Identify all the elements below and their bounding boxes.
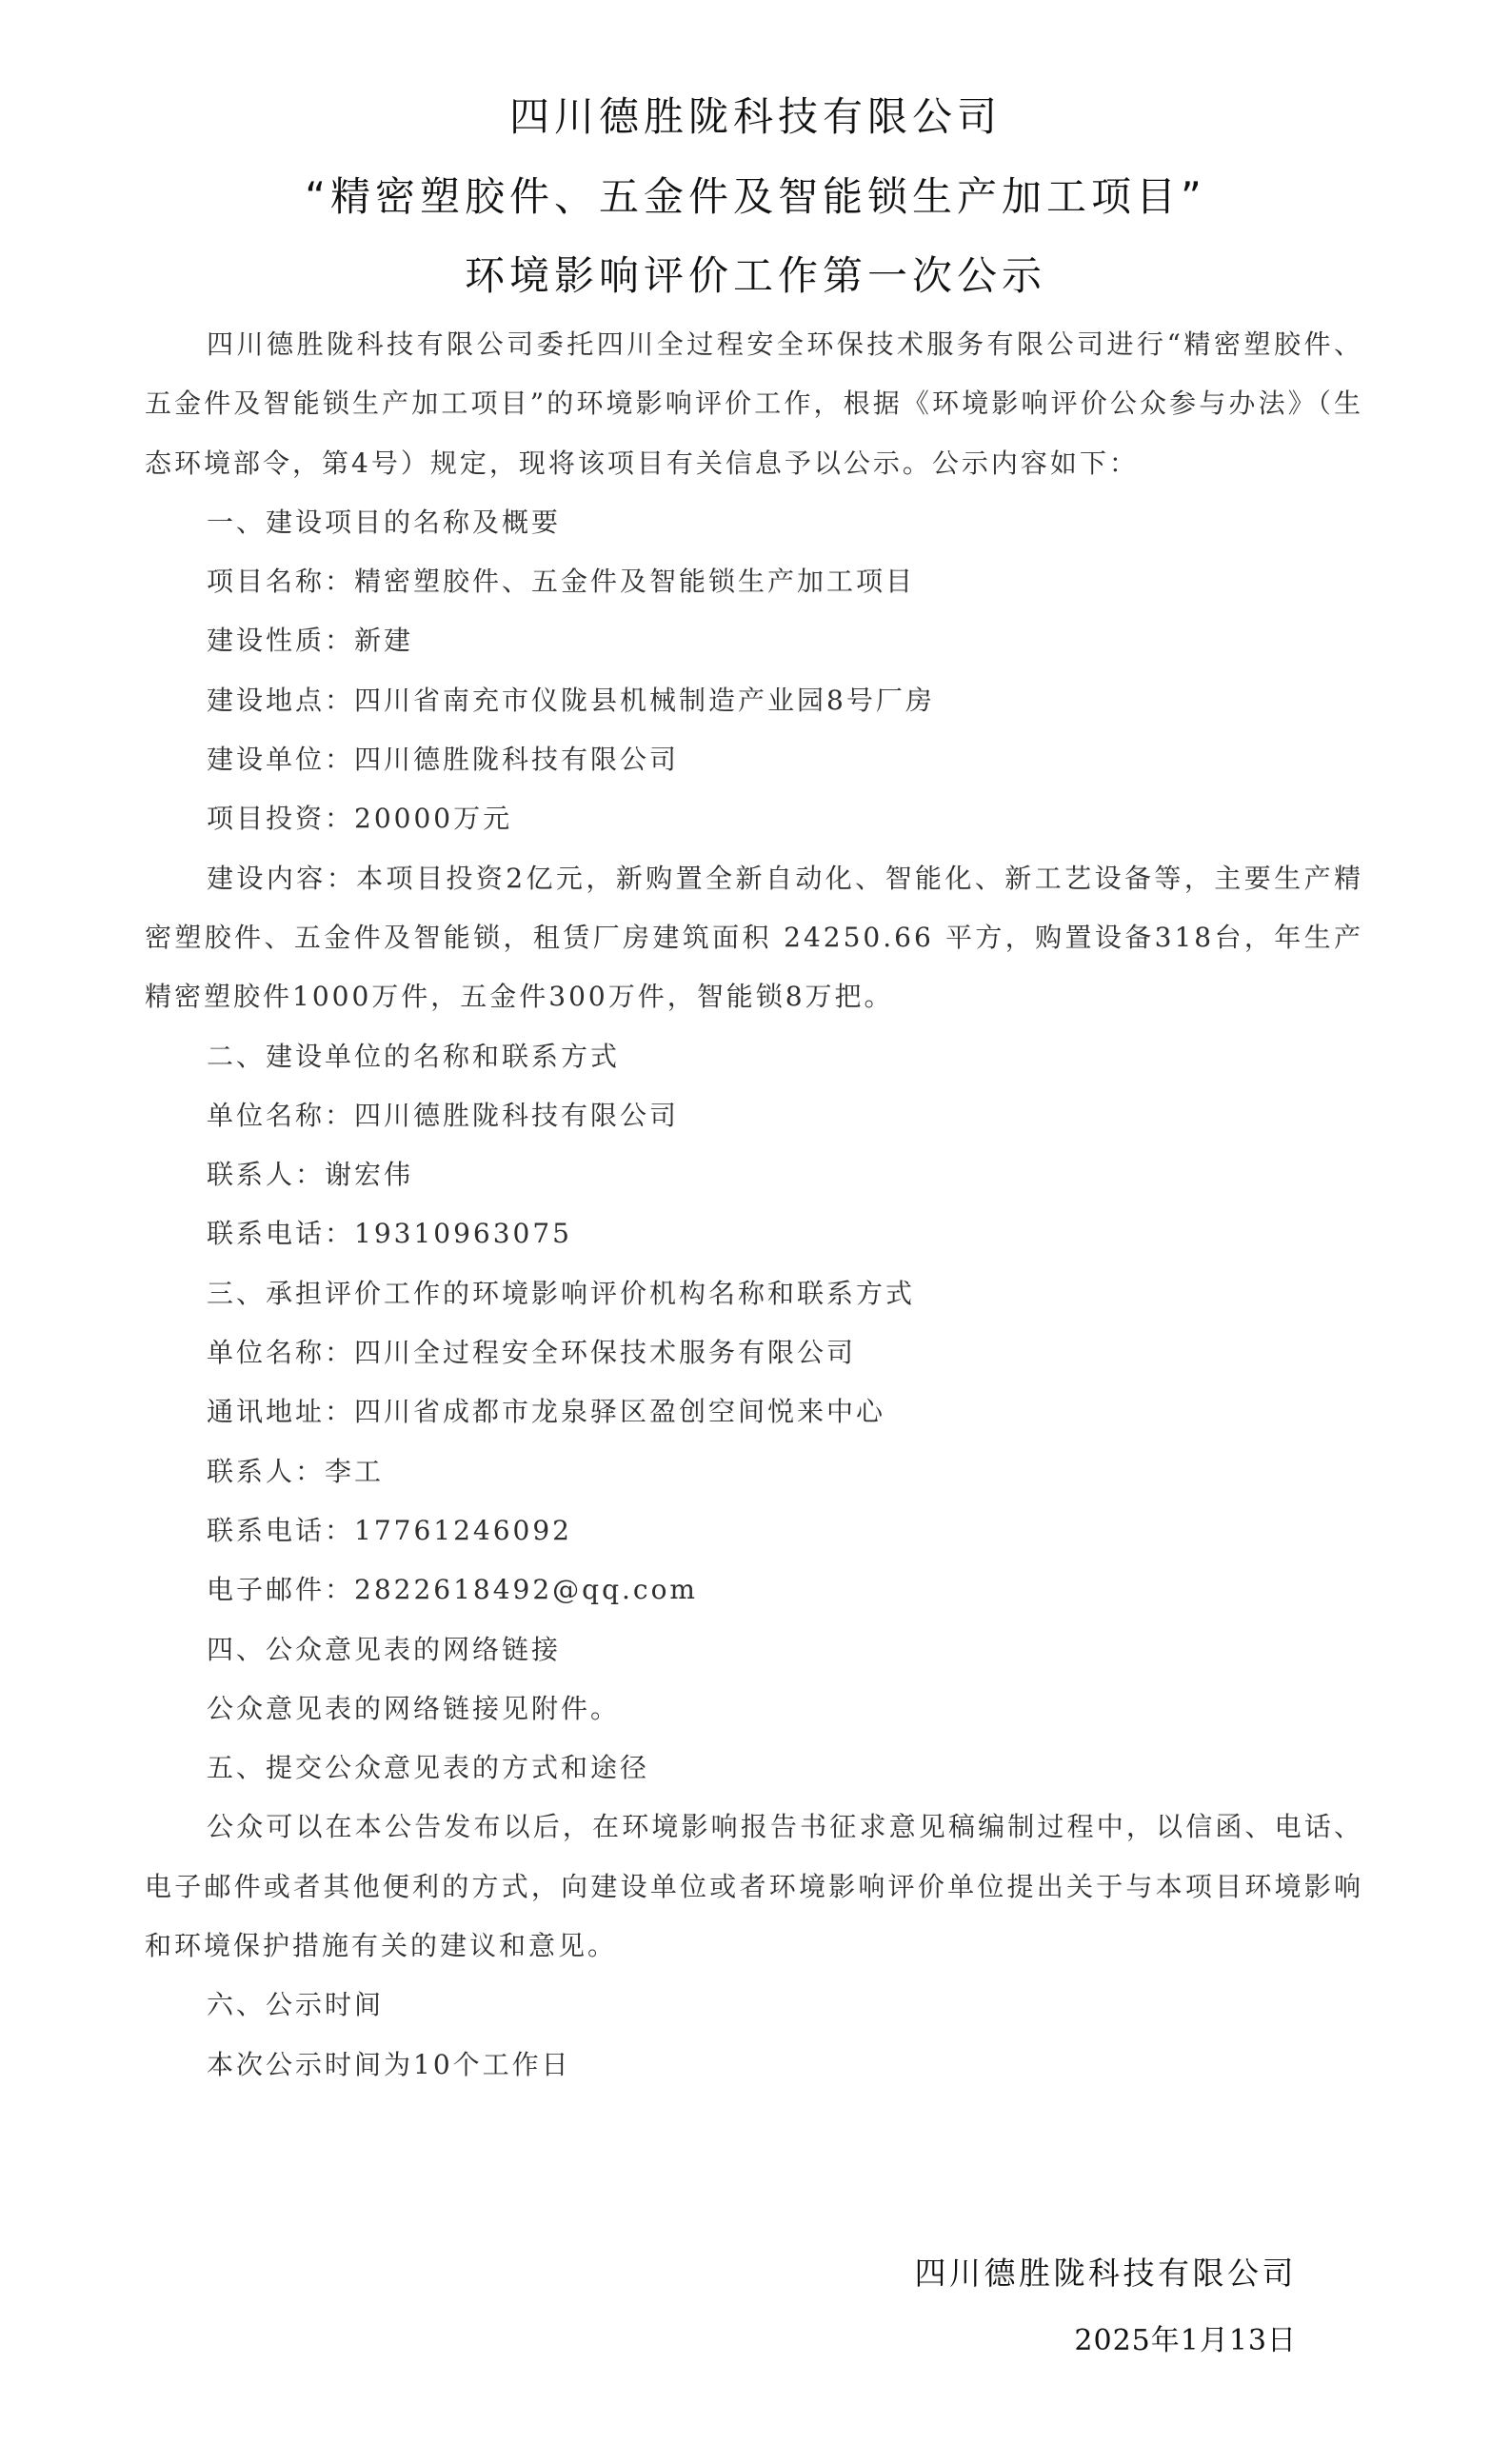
signature-date: 2025年1月13日 xyxy=(1074,2320,1297,2362)
construction-unit: 建设单位：四川德胜陇科技有限公司 xyxy=(145,730,1363,789)
title-notice: 环境影响评价工作第一次公示 xyxy=(0,249,1511,303)
section-3-heading: 三、承担评价工作的环境影响评价机构名称和联系方式 xyxy=(145,1264,1363,1323)
project-name: 项目名称：精密塑胶件、五金件及智能锁生产加工项目 xyxy=(145,552,1363,611)
section-5-heading: 五、提交公众意见表的方式和途径 xyxy=(145,1739,1363,1798)
builder-contact: 联系人：谢宏伟 xyxy=(145,1145,1363,1204)
builder-unit-name: 单位名称：四川德胜陇科技有限公司 xyxy=(145,1086,1363,1145)
eia-phone: 联系电话：17761246092 xyxy=(145,1501,1363,1560)
eia-unit-name: 单位名称：四川全过程安全环保技术服务有限公司 xyxy=(145,1323,1363,1382)
section-1-heading: 一、建设项目的名称及概要 xyxy=(145,493,1363,552)
project-investment: 项目投资：20000万元 xyxy=(145,789,1363,848)
eia-address: 通讯地址：四川省成都市龙泉驿区盈创空间悦来中心 xyxy=(145,1382,1363,1441)
section-6-heading: 六、公示时间 xyxy=(145,1976,1363,2035)
intro-paragraph: 四川德胜陇科技有限公司委托四川全过程安全环保技术服务有限公司进行“精密塑胶件、五… xyxy=(145,315,1363,493)
construction-location: 建设地点：四川省南充市仪陇县机械制造产业园8号厂房 xyxy=(145,671,1363,730)
construction-nature: 建设性质：新建 xyxy=(145,611,1363,670)
document-body: 四川德胜陇科技有限公司委托四川全过程安全环保技术服务有限公司进行“精密塑胶件、五… xyxy=(145,315,1363,2095)
document-page: 四川德胜陇科技有限公司 “精密塑胶件、五金件及智能锁生产加工项目” 环境影响评价… xyxy=(0,0,1511,2464)
title-project: “精密塑胶件、五金件及智能锁生产加工项目” xyxy=(0,170,1511,224)
signature-company: 四川德胜陇科技有限公司 xyxy=(915,2252,1298,2295)
title-company: 四川德胜陇科技有限公司 xyxy=(0,90,1511,144)
submission-method-text: 公众可以在本公告发布以后，在环境影响报告书征求意见稿编制过程中，以信函、电话、电… xyxy=(145,1798,1363,1976)
construction-content: 建设内容：本项目投资2亿元，新购置全新自动化、智能化、新工艺设备等，主要生产精密… xyxy=(145,849,1363,1027)
eia-contact: 联系人：李工 xyxy=(145,1442,1363,1501)
opinion-form-link-text: 公众意见表的网络链接见附件。 xyxy=(145,1679,1363,1739)
section-4-heading: 四、公众意见表的网络链接 xyxy=(145,1620,1363,1679)
section-2-heading: 二、建设单位的名称和联系方式 xyxy=(145,1027,1363,1086)
builder-phone: 联系电话：19310963075 xyxy=(145,1204,1363,1263)
eia-email[interactable]: 电子邮件：2822618492@qq.com xyxy=(145,1560,1363,1619)
notice-period-text: 本次公示时间为10个工作日 xyxy=(145,2036,1363,2095)
